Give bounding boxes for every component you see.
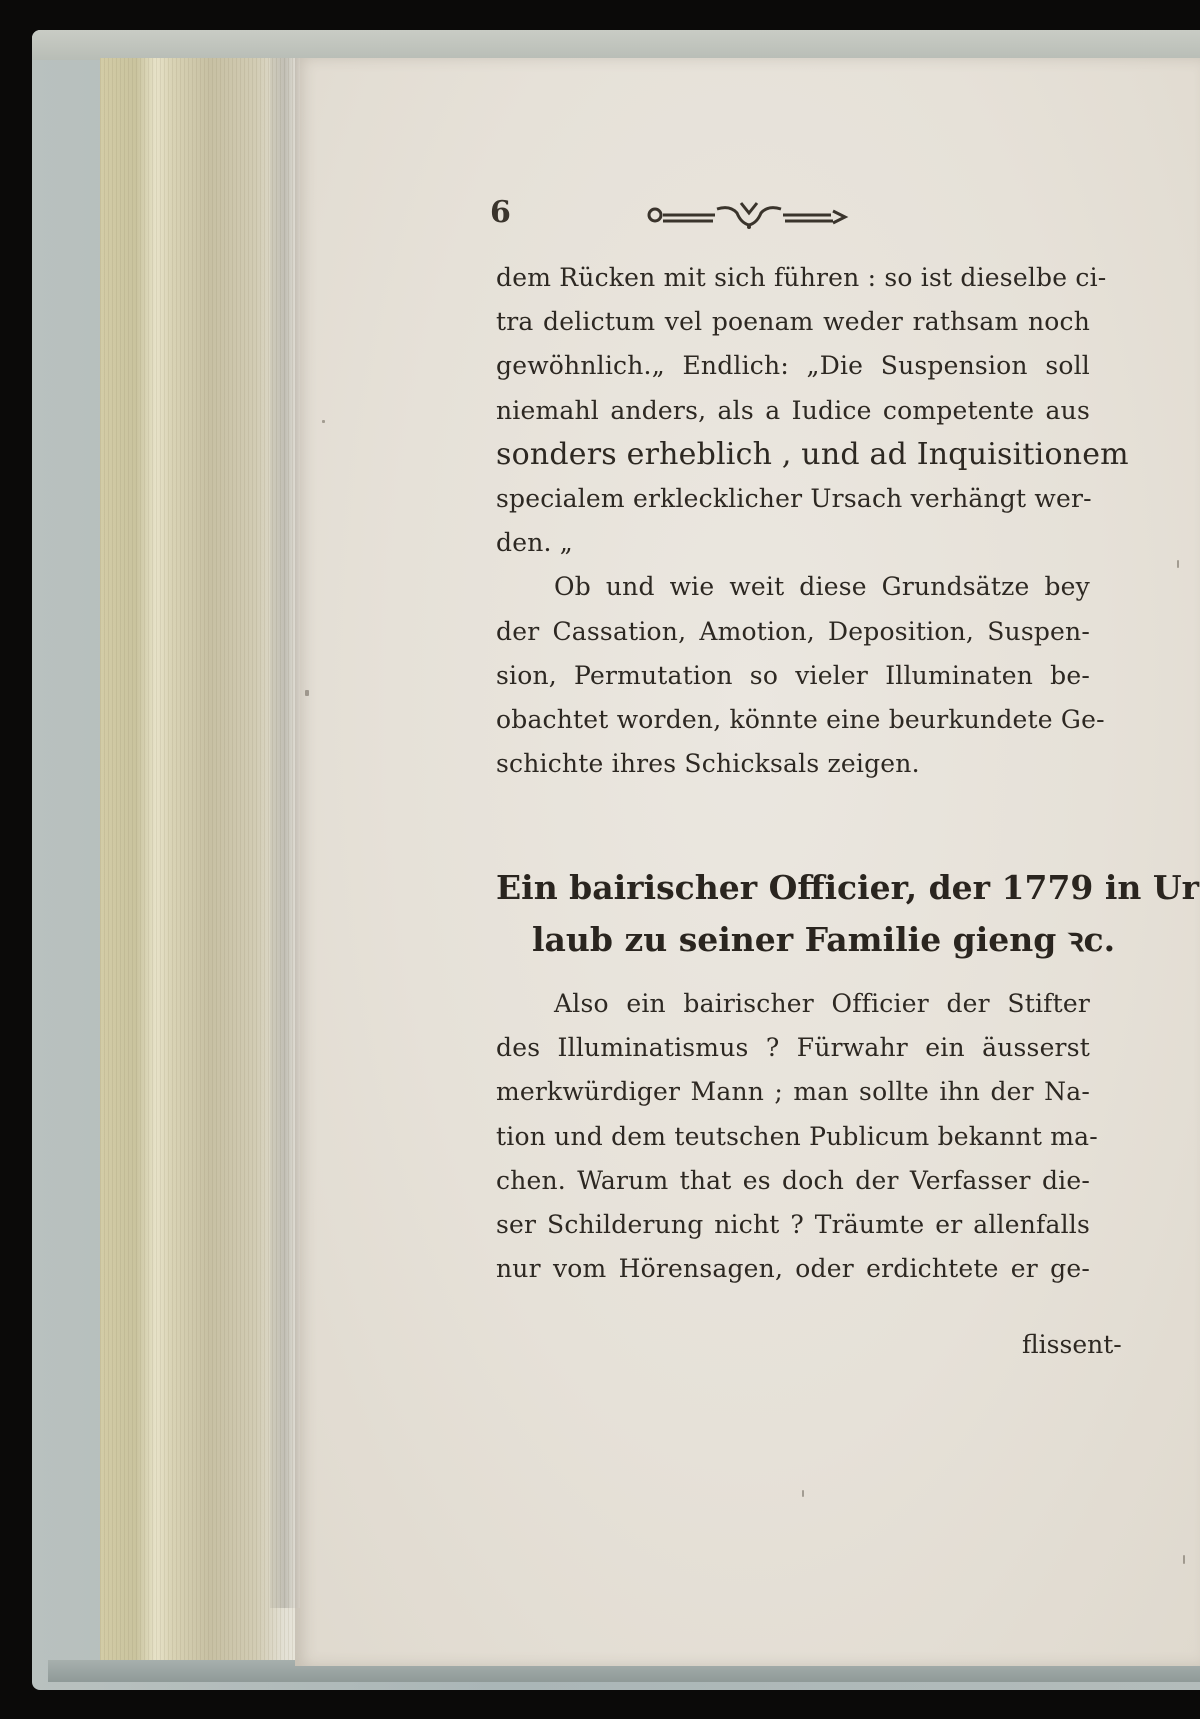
text-line: sion, Permutation so vieler Illuminaten … <box>496 654 1090 698</box>
paper-speck <box>802 1490 804 1497</box>
heading-line: laub zu seiner Familie gieng ꝛc. <box>496 914 1096 966</box>
text-line: des Illuminatismus ? Fürwahr ein äussers… <box>496 1026 1090 1070</box>
headpiece-ornament-icon <box>645 197 855 231</box>
text-line: den. „ <box>496 521 1090 565</box>
paragraph-1: dem Rücken mit sich führen : so ist dies… <box>496 256 1090 786</box>
section-heading: Ein bairischer Officier, der 1779 in Ur-… <box>496 862 1096 966</box>
text-line: schichte ihres Schicksals zeigen. <box>496 742 1090 786</box>
paper-speck <box>1183 1555 1185 1564</box>
paper-speck <box>305 690 309 696</box>
paragraph-3: Also ein bairischer Officier der Stifter… <box>496 982 1090 1291</box>
text-line: sonders erheblich , und ad Inquisitionem <box>496 433 1090 477</box>
paper-speck <box>322 420 325 423</box>
text-line: niemahl anders, als a Iudice competente … <box>496 389 1090 433</box>
page-header: 6 <box>490 195 910 235</box>
page-number: 6 <box>490 195 511 230</box>
paper-speck <box>1177 560 1179 568</box>
heading-line: Ein bairischer Officier, der 1779 in Ur- <box>496 862 1096 914</box>
text-line: chen. Warum that es doch der Verfasser d… <box>496 1159 1090 1203</box>
text-line: nur vom Hörensagen, oder erdichtete er g… <box>496 1247 1090 1291</box>
catchword: flissent- <box>1022 1330 1122 1359</box>
gutter-shadow <box>270 58 300 1608</box>
text-line: tra delictum vel poenam weder rathsam no… <box>496 300 1090 344</box>
text-line: specialem erklecklicher Ursach verhängt … <box>496 477 1090 521</box>
text-line: ser Schilderung nicht ? Träumte er allen… <box>496 1203 1090 1247</box>
text-line: dem Rücken mit sich führen : so ist dies… <box>496 256 1090 300</box>
text-line: tion und dem teutschen Publicum bekannt … <box>496 1115 1090 1159</box>
text-line: Ob und wie weit diese Grundsätze bey <box>496 565 1090 609</box>
book-cover-top-edge <box>32 30 1200 60</box>
text-line: der Cassation, Amotion, Deposition, Susp… <box>496 610 1090 654</box>
text-line: gewöhnlich.„ Endlich: „Die Suspension so… <box>496 344 1090 388</box>
text-line: obachtet worden, könnte eine beurkundete… <box>496 698 1090 742</box>
text-line: Also ein bairischer Officier der Stifter <box>496 982 1090 1026</box>
text-line: merkwürdiger Mann ; man sollte ihn der N… <box>496 1070 1090 1114</box>
